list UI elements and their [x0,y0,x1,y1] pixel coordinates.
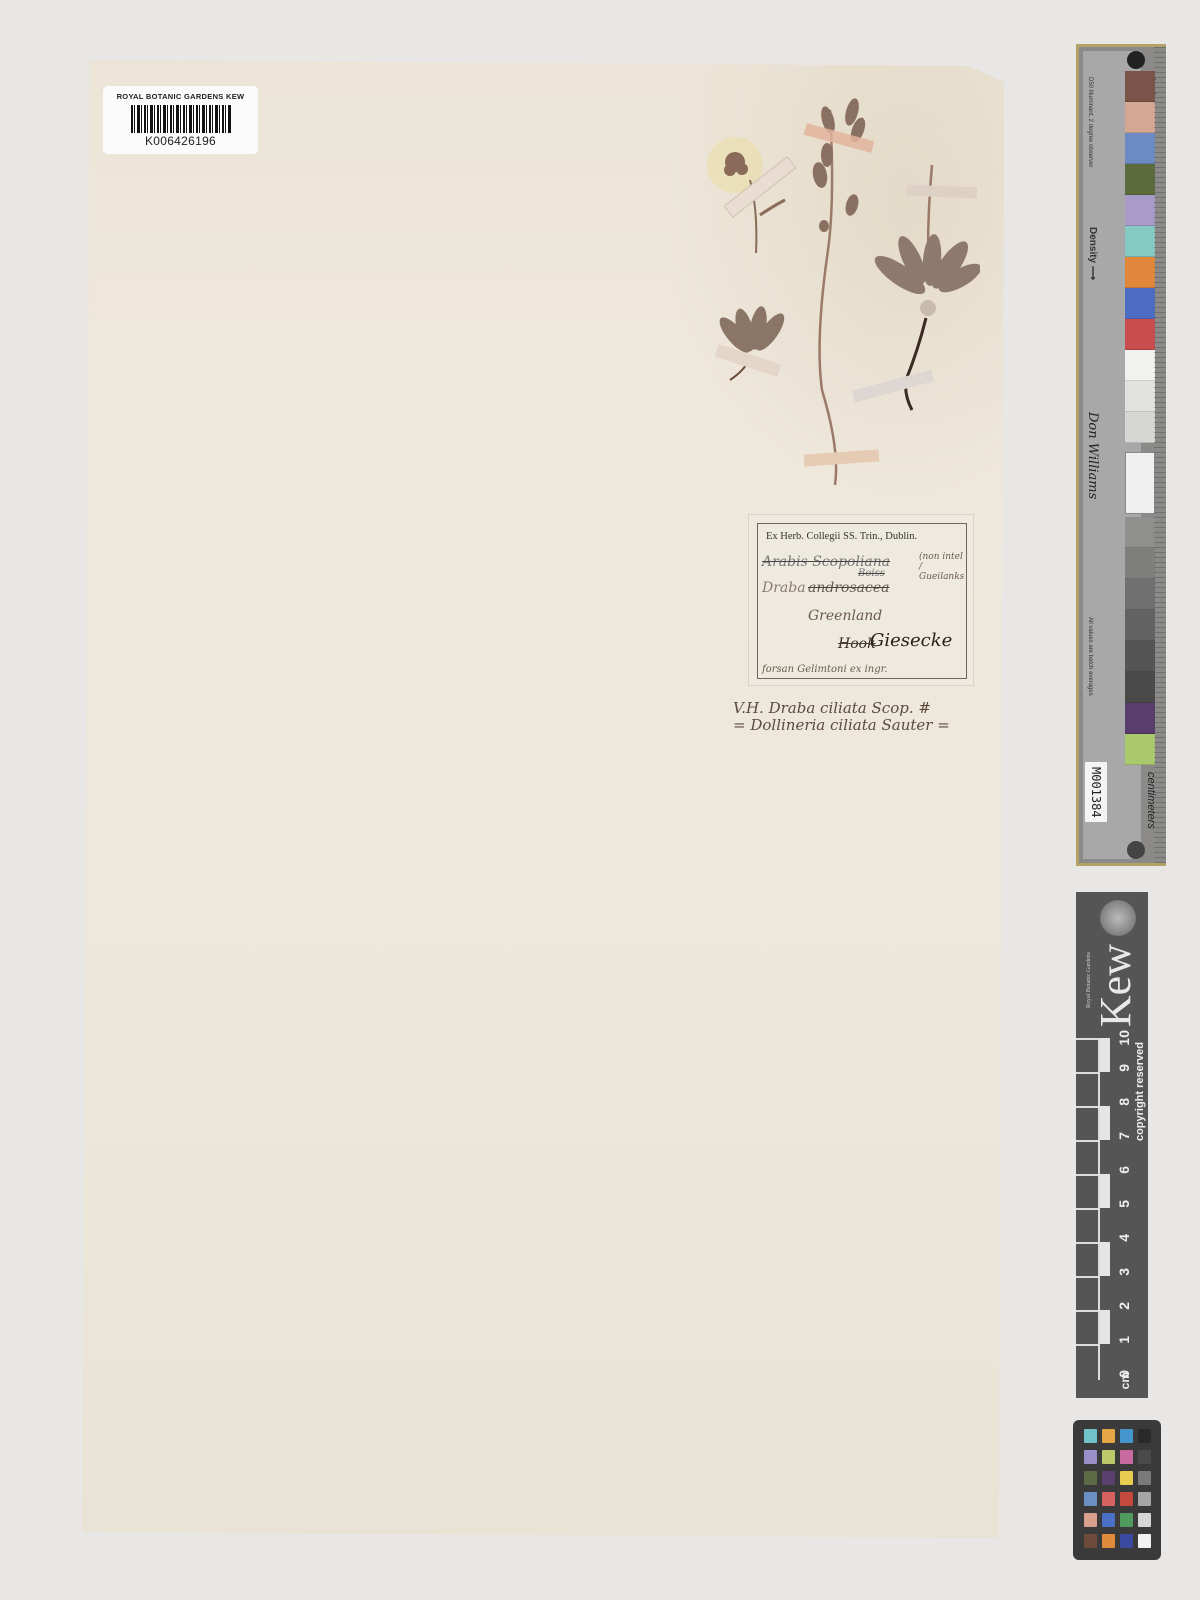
color-swatch [1125,672,1155,703]
color-swatch [1125,257,1155,288]
label-header: Ex Herb. Collegii SS. Trin., Dublin. [766,531,917,542]
annotation-line-2: = Dollineria ciliata Sauter = [733,717,950,734]
barcode-label: ROYAL BOTANIC GARDENS KEW K006426196 [103,86,258,154]
brand-label: Don Williams [1085,412,1100,499]
plant-specimens [680,90,980,490]
cm-tick [1076,1276,1100,1312]
cm-number: 2 [1116,1302,1136,1310]
cm-number: 9 [1116,1064,1136,1072]
color-swatch [1125,226,1155,257]
checker-patch [1138,1534,1151,1548]
checker-patch [1084,1450,1097,1464]
cm-number: 7 [1116,1132,1136,1140]
label-border: Ex Herb. Collegii SS. Trin., Dublin. Ara… [757,523,967,679]
ruler-ticks [1154,47,1166,863]
kew-crest-icon [1100,900,1136,936]
color-swatch [1125,71,1155,102]
copyright-text: copyright reserved [1134,1042,1146,1141]
cm-tick [1076,1140,1100,1176]
cm-tick [1076,1072,1100,1108]
color-swatch [1125,133,1155,164]
cm-number: 6 [1116,1166,1136,1174]
color-swatch [1125,102,1155,133]
barcode-icon [131,105,231,133]
cm-tick [1076,1106,1100,1142]
color-swatch [1125,412,1155,443]
checker-patch [1138,1450,1151,1464]
color-swatch [1125,548,1155,579]
id-tag: M001384 [1085,762,1107,822]
checker-patch [1102,1534,1115,1548]
cm-tick [1076,1038,1100,1074]
checker-patch [1120,1471,1133,1485]
cm-tick [1076,1344,1100,1380]
kew-scale-bar: Kew Royal Botanic Gardens copyright rese… [1076,892,1148,1398]
cm-tick-alt [1100,1310,1110,1344]
annotation-line-1: V.H. Draba ciliata Scop. # [733,700,950,717]
checker-patch [1120,1492,1133,1506]
checker-patch [1120,1450,1133,1464]
checker-patch [1120,1429,1133,1443]
checker-patch [1084,1513,1097,1527]
kew-logo: Kew [1094,944,1138,1027]
checker-patch [1084,1534,1097,1548]
checker-patch [1138,1513,1151,1527]
side-note: (non intel / Gueilanks [919,552,964,582]
checker-patch [1102,1450,1115,1464]
color-checker-card [1073,1420,1161,1560]
cm-tick-alt [1100,1038,1110,1072]
barcode-number: K006426196 [103,134,258,148]
cm-number: 5 [1116,1200,1136,1208]
cm-tick [1076,1174,1100,1210]
institution-name: ROYAL BOTANIC GARDENS KEW [103,92,258,101]
checker-patch [1102,1513,1115,1527]
color-calibration-bar: inches centimeters D50 Illuminant, 2 deg… [1076,44,1166,866]
cm-number: 1 [1116,1336,1136,1344]
color-swatch [1125,164,1155,195]
checker-patch [1084,1471,1097,1485]
genus-name: Draba [762,580,806,596]
color-swatch [1125,579,1155,610]
unit-label: cm [1118,1372,1132,1389]
cm-tick-alt [1100,1242,1110,1276]
cm-ruler: 109876543210 [1076,1038,1116,1398]
checker-patch [1138,1471,1151,1485]
batch-note: All values are batch averages [1087,617,1093,696]
struck-author: Boiss [858,568,885,579]
cm-number: 8 [1116,1098,1136,1106]
color-checker-grid [1084,1429,1161,1548]
density-label: Density ⟶ [1087,227,1098,280]
cm-number: 3 [1116,1268,1136,1276]
color-swatch [1125,381,1155,412]
color-swatch [1125,641,1155,672]
checker-patch [1102,1492,1115,1506]
specimen-illustration-icon [680,90,980,490]
checker-patch [1102,1429,1115,1443]
cm-tick-alt [1100,1174,1110,1208]
checker-patch [1084,1429,1097,1443]
swatch-column-top [1125,71,1155,443]
checker-patch [1138,1429,1151,1443]
struck-species: androsacea [808,580,889,596]
determination-label: Ex Herb. Collegii SS. Trin., Dublin. Ara… [748,514,974,686]
checker-patch [1120,1534,1133,1548]
checker-patch [1138,1492,1151,1506]
color-swatch [1125,350,1155,381]
kew-subbrand: Royal Botanic Gardens [1086,952,1092,1008]
color-swatch [1125,734,1155,765]
cm-tick [1076,1242,1100,1278]
cm-tick [1076,1310,1100,1346]
cm-number: 4 [1116,1234,1136,1242]
color-swatch [1125,610,1155,641]
cm-tick-alt [1100,1106,1110,1140]
registration-dot-bottom [1127,841,1145,859]
color-swatch [1125,703,1155,734]
checker-patch [1120,1513,1133,1527]
collector-name: Giesecke [870,630,952,651]
swatch-column-bottom [1125,517,1155,765]
registration-dot-top [1127,51,1145,69]
resolution-target [1125,452,1155,514]
checker-patch [1102,1471,1115,1485]
color-swatch [1125,195,1155,226]
color-swatch [1125,288,1155,319]
color-swatch [1125,517,1155,548]
cm-tick [1076,1208,1100,1244]
determination-annotation: V.H. Draba ciliata Scop. # = Dollineria … [733,700,950,734]
label-footer: forsan Gelimtoni ex ingr. [762,664,888,675]
color-swatch [1125,319,1155,350]
checker-patch [1084,1492,1097,1506]
cm-number: 10 [1116,1030,1136,1046]
illuminant-note: D50 Illuminant, 2 degree observer [1087,77,1093,167]
locality: Greenland [808,608,882,624]
